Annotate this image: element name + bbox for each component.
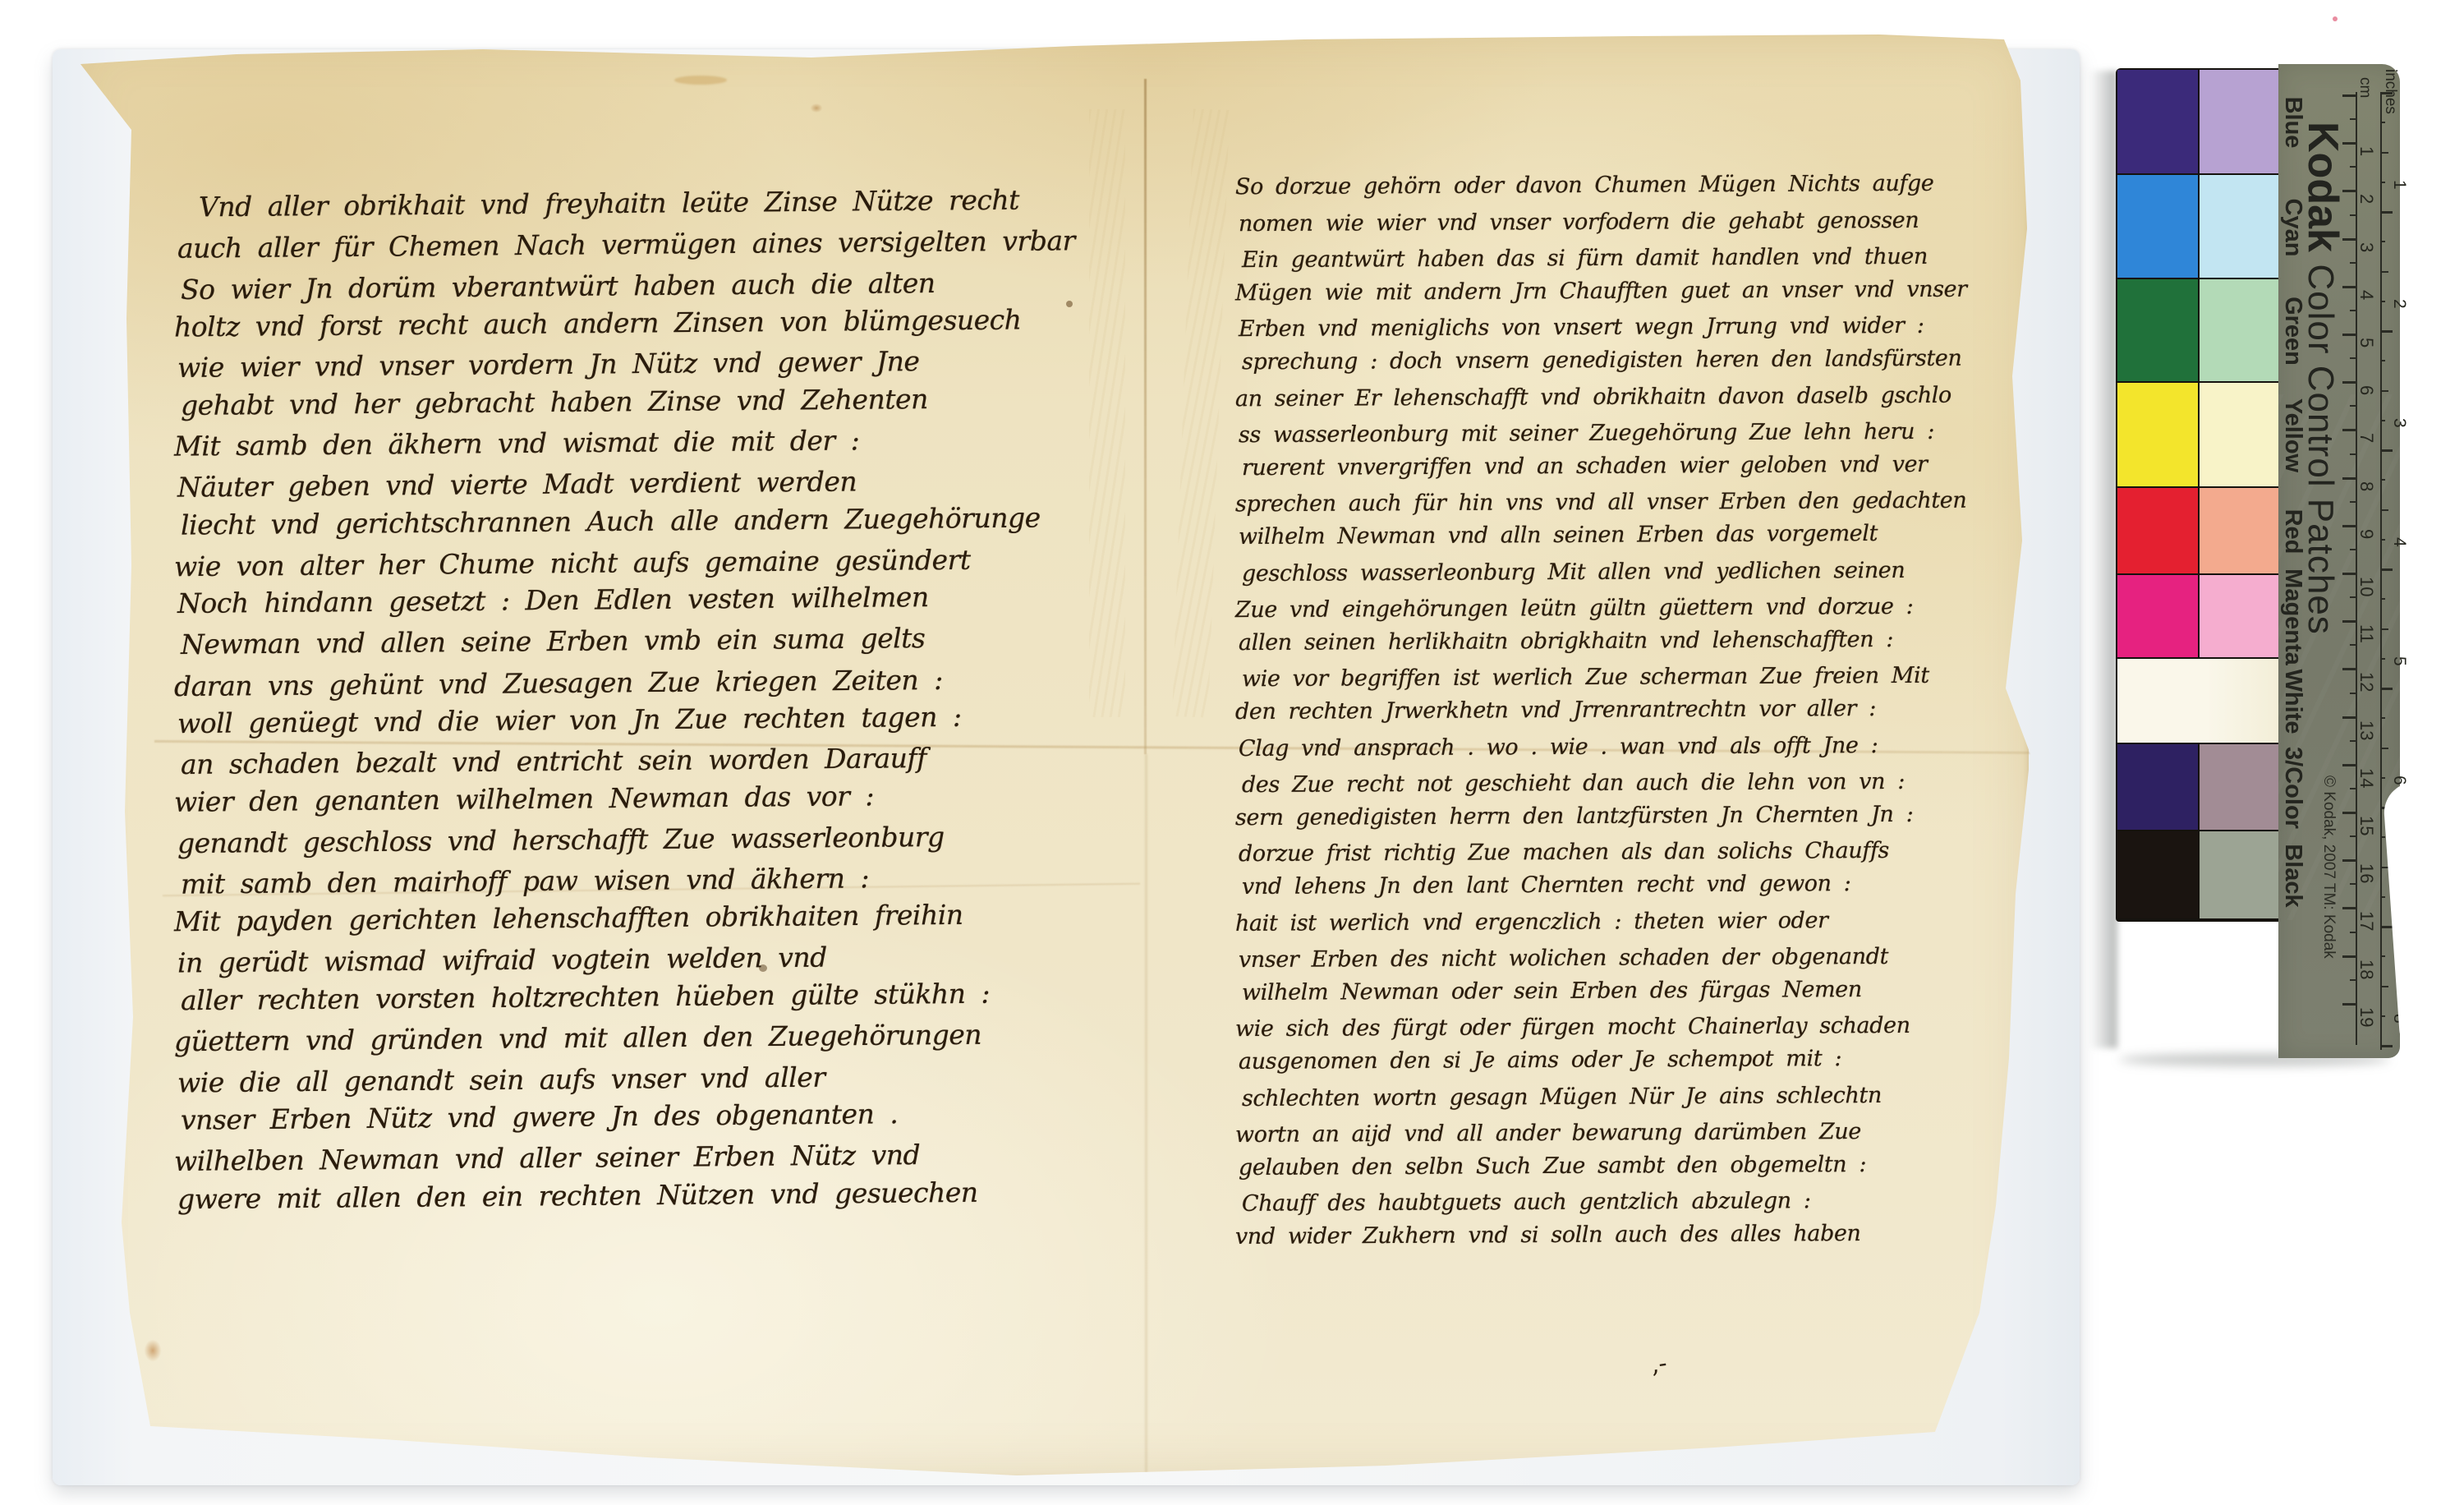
- stain-bottom-left: [141, 1336, 164, 1365]
- ruler-tick: [2350, 166, 2356, 168]
- cm-number: 9: [2356, 529, 2377, 539]
- ruler-tick: [2380, 330, 2393, 333]
- inch-number: 3: [2389, 418, 2409, 428]
- ruler-tick: [2342, 238, 2356, 241]
- manuscript-line: nomen wie wier vnd vnser vorfodern die g…: [1239, 207, 1919, 236]
- manuscript-line: wilhelm Newman vnd alln seinen Erben das…: [1239, 521, 1878, 550]
- ruler-rail: [2380, 92, 2382, 1050]
- fold-wrinkles-left: [1089, 109, 1125, 717]
- manuscript-line: wie die all genandt sein aufs vnser vnd …: [177, 1061, 825, 1098]
- ruler-tick: [2380, 211, 2393, 214]
- ruler-tick: [2380, 568, 2393, 571]
- ruler-tick: [2380, 598, 2385, 600]
- color-patch-blue: [2117, 70, 2198, 173]
- manuscript-line: wier den genanten wilhelmen Newman das v…: [174, 780, 874, 817]
- manuscript-line: Clag vnd ansprach . wo . wie . wan vnd a…: [1239, 733, 1878, 762]
- color-patch-magenta: [2117, 575, 2198, 657]
- manuscript-line: in gerüdt wismad wifraid vogtein welden …: [177, 941, 827, 978]
- row-label-black: Black: [2279, 806, 2306, 946]
- ruler-tick: [2380, 241, 2385, 242]
- ruler-tick: [2380, 122, 2385, 123]
- ruler-tick: [2342, 477, 2356, 480]
- ruler-tick: [2350, 262, 2356, 264]
- manuscript-line: hait ist werlich vnd ergenczlich : thete…: [1235, 908, 1828, 937]
- ruler-tick: [2380, 360, 2385, 361]
- manuscript-line: ausgenomen den si Je aims oder Je schemp…: [1239, 1046, 1841, 1075]
- ruler-tick: [2380, 896, 2385, 898]
- cm-number: 8: [2356, 481, 2377, 491]
- manuscript-line: gelauben den selbn Such Zue sambt den ob…: [1239, 1152, 1866, 1181]
- manuscript-line: wortn an aijd vnd all ander bewarung dar…: [1235, 1119, 1861, 1148]
- ruler-tick: [2350, 644, 2356, 646]
- manuscript-line: wilhelm Newman oder sein Erben des fürga…: [1242, 977, 1862, 1006]
- manuscript-line: Newman vnd allen seine Erben vmb ein sum…: [181, 622, 926, 660]
- cm-number: 14: [2356, 768, 2377, 788]
- color-bar-shadow: [2089, 71, 2117, 1048]
- manuscript-line: wilhelben Newman vnd aller seiner Erben …: [174, 1139, 920, 1177]
- manuscript-line: Ein geantwürt haben das si fürn damit ha…: [1242, 244, 1928, 273]
- manuscript-line: vnd wider Zukhern vnd si solln auch des …: [1235, 1221, 1861, 1250]
- cm-number: 15: [2356, 816, 2377, 835]
- ruler-tick: [2380, 658, 2385, 660]
- ruler-tick: [2342, 859, 2356, 862]
- color-patch-red: [2117, 488, 2198, 573]
- cm-number: 13: [2356, 720, 2377, 740]
- spot-top-edge: [674, 76, 727, 85]
- ruler-tick: [2350, 214, 2356, 216]
- color-patch-red: [2200, 488, 2278, 573]
- color-patch-3-color: [2200, 744, 2278, 830]
- ruler-tick: [2380, 986, 2388, 987]
- ruler-tick: [2342, 573, 2356, 575]
- manuscript-line: wie sich des fürgt oder fürgen mocht Cha…: [1235, 1013, 1910, 1042]
- manuscript-line: vnser Erben Nütz vnd gwere Jn des obgena…: [181, 1098, 899, 1136]
- ruler-tick: [2380, 688, 2393, 690]
- vertical-fold-crease: [1144, 79, 1147, 754]
- manuscript-line: Zue vnd eingehörungen leütn gültn güette…: [1235, 594, 1914, 623]
- manuscript-line: So wier Jn dorüm vberantwürt haben auch …: [181, 267, 935, 306]
- color-patch-cyan: [2200, 175, 2278, 278]
- ruler-tick: [2380, 1045, 2393, 1047]
- ruler-tick: [2380, 152, 2388, 154]
- vertical-fold-crease-lower: [1145, 754, 1147, 1485]
- ruler-tick: [2380, 420, 2385, 421]
- manuscript-line: daran vns gehünt vnd Zuesagen Zue kriege…: [174, 664, 943, 702]
- cm-number: 5: [2356, 338, 2377, 347]
- manuscript-line: sern genedigisten herrn den lantzfürsten…: [1235, 802, 1914, 831]
- ruler-tick: [2350, 118, 2356, 120]
- manuscript-line: sprechung : doch vnsern genedigisten her…: [1242, 346, 1962, 375]
- manuscript-line: woll genüegt vnd die wier von Jn Zue rec…: [177, 701, 962, 739]
- ruler-tick: [2342, 716, 2356, 719]
- color-patch-3-color: [2117, 744, 2198, 830]
- color-patch-magenta: [2200, 575, 2278, 657]
- fold-wrinkles-right: [1172, 108, 1230, 717]
- manuscript-line: wie wier vnd vnser vordern Jn Nütz vnd g…: [177, 345, 920, 384]
- inch-number: 2: [2389, 299, 2409, 309]
- ruler-tick: [2342, 381, 2356, 384]
- ruler-tick: [2342, 525, 2356, 527]
- manuscript-line: schlechten wortn gesagn Mügen Nür Je ain…: [1242, 1083, 1882, 1111]
- manuscript-line: Erben vnd meniglichs von vnsert wegn Jrr…: [1239, 313, 1924, 342]
- manuscript-line: vnd lehens Jn den lant Chernten recht vn…: [1242, 871, 1851, 900]
- cm-number: 7: [2356, 433, 2377, 443]
- ruler-tick: [2380, 836, 2385, 838]
- ruler-tick: [2350, 932, 2356, 933]
- scan-background: { "document": { "left_page": { "lines": …: [0, 0, 2464, 1505]
- ruler-tick: [2350, 693, 2356, 694]
- ruler-tick: [2342, 286, 2356, 288]
- ruler-tick: [2350, 501, 2356, 503]
- ruler-tick: [2350, 357, 2356, 359]
- manuscript-line: sprechen auch für hin vns vnd all vnser …: [1235, 488, 1966, 518]
- kodak-title-text: Color Control Patches: [2301, 264, 2341, 634]
- color-patch-black: [2117, 831, 2198, 918]
- manuscript-line: an schaden bezalt vnd entricht sein word…: [181, 742, 926, 780]
- manuscript-line: wie von alter her Chume nicht aufs gemai…: [174, 543, 971, 582]
- manuscript-line: Näuter geben vnd vierte Madt verdient we…: [177, 465, 857, 503]
- manuscript-line: wie vor begriffen ist werlich Zue scherm…: [1242, 663, 1929, 692]
- ruler-tick: [2380, 539, 2385, 541]
- manuscript-line: Noch hindann gesetzt : Den Edlen vesten …: [177, 581, 929, 619]
- cm-number: 19: [2356, 1007, 2377, 1027]
- color-patch-cyan: [2117, 175, 2198, 278]
- manuscript-line: Mit samb den äkhern vnd wismat die mit d…: [174, 424, 860, 462]
- ruler-tick: [2380, 955, 2385, 957]
- cm-label: cm: [2356, 77, 2374, 98]
- ruler-tick: [2380, 1015, 2385, 1017]
- ruler-tick: [2342, 334, 2356, 336]
- ruler-tick: [2342, 190, 2356, 192]
- kodak-color-patches: [2116, 68, 2280, 922]
- manuscript-line: den rechten Jrwerkhetn vnd Jrrenrantrech…: [1235, 696, 1876, 725]
- ruler-tick: [2380, 926, 2393, 928]
- manuscript-line: des Zue recht not geschieht dan auch die…: [1242, 769, 1905, 798]
- ruler-tick: [2380, 301, 2385, 302]
- ink-speck-left-page: [1066, 301, 1073, 307]
- ruler-tick: [2380, 509, 2388, 511]
- color-patch-white: [2117, 659, 2278, 743]
- ruler-tick: [2342, 812, 2356, 814]
- ruler-tick: [2350, 883, 2356, 885]
- ruler-tick: [2380, 717, 2385, 719]
- ruler-tick: [2342, 1003, 2356, 1006]
- manuscript-line: mit samb den mairhoff paw wisen vnd äkhe…: [181, 862, 869, 900]
- cm-number: 2: [2356, 194, 2377, 204]
- manuscript-line: gwere mit allen den ein rechten Nützen v…: [177, 1176, 978, 1215]
- ruler-tick: [2380, 777, 2385, 779]
- cm-number: 4: [2356, 290, 2377, 300]
- ruler-tick: [2380, 449, 2393, 452]
- manuscript-line: vnser Erben des nicht wolichen schaden d…: [1239, 944, 1888, 973]
- ruler-tick: [2342, 668, 2356, 670]
- ruler-tick: [2350, 310, 2356, 311]
- manuscript-line: geschloss wasserleonburg Mit allen vnd y…: [1242, 557, 1905, 586]
- kodak-copyright: © Kodak, 2007 TM: Kodak: [2319, 776, 2338, 959]
- cm-number: 3: [2356, 242, 2377, 252]
- ruler-tick: [2342, 94, 2356, 97]
- manuscript-line: allen seinen herlikhaitn obrigkhaitn vnd…: [1239, 627, 1893, 656]
- color-patch-yellow: [2200, 383, 2278, 486]
- ruler-tick: [2380, 182, 2385, 183]
- ruler-tick: [2380, 271, 2388, 273]
- ruler-tick: [2350, 549, 2356, 550]
- manuscript-line: gehabt vnd her gebracht haben Zinse vnd …: [181, 383, 928, 421]
- ruler-tick: [2350, 453, 2356, 455]
- ruler-tick: [2380, 748, 2388, 749]
- ruler-tick: [2342, 142, 2356, 145]
- manuscript-line: So dorzue gehörn oder davon Chumen Mügen…: [1235, 171, 1934, 200]
- color-patch-blue: [2200, 70, 2278, 173]
- ruler-tick: [2342, 907, 2356, 909]
- color-patch-black: [2200, 831, 2278, 918]
- manuscript-line: genandt geschloss vnd herschafft Zue was…: [177, 821, 945, 859]
- inch-number: 4: [2389, 537, 2409, 547]
- ruler-tick: [2380, 390, 2388, 392]
- manuscript-line: ss wasserleonburg mit seiner Zuegehörung…: [1239, 419, 1934, 448]
- cm-number: 12: [2356, 672, 2377, 692]
- dust-speck: [2333, 16, 2338, 21]
- cm-number: 18: [2356, 960, 2377, 979]
- color-patch-green: [2117, 279, 2198, 381]
- ruler-tick: [2342, 429, 2356, 431]
- color-patch-green: [2200, 279, 2278, 381]
- spot-top-center: [808, 102, 825, 114]
- color-patch-yellow: [2117, 383, 2198, 486]
- cm-number: 6: [2356, 385, 2377, 395]
- manuscript-line: dorzue frist richtig Zue machen als dan …: [1239, 838, 1889, 867]
- cm-number: 1: [2356, 146, 2377, 156]
- cm-number: 10: [2356, 577, 2377, 596]
- inch-number: 5: [2389, 656, 2409, 666]
- ruler-tick: [2380, 92, 2393, 94]
- inch-number: 1: [2389, 180, 2409, 190]
- ruler-tick: [2380, 479, 2385, 481]
- ruler-tick: [2342, 955, 2356, 958]
- manuscript-line: an seiner Er lehenschafft vnd obrikhaitn…: [1235, 382, 1951, 412]
- cm-number: 11: [2356, 624, 2377, 643]
- ruler-rail: [2356, 92, 2357, 1045]
- cm-number: 17: [2356, 911, 2377, 931]
- ruler-tick: [2342, 620, 2356, 623]
- manuscript-line: Chauff des haubtguets auch gentzlich abz…: [1242, 1189, 1811, 1217]
- manuscript-line: Mügen wie mit andern Jrn Chaufften guet …: [1235, 276, 1967, 306]
- cm-number: 16: [2356, 863, 2377, 883]
- manuscript-line: ruerent vnvergriffen vnd an schaden wier…: [1242, 452, 1928, 481]
- ruler-tick: [2342, 764, 2356, 766]
- ruler-tick: [2380, 628, 2388, 630]
- ruler-tick: [2350, 405, 2356, 407]
